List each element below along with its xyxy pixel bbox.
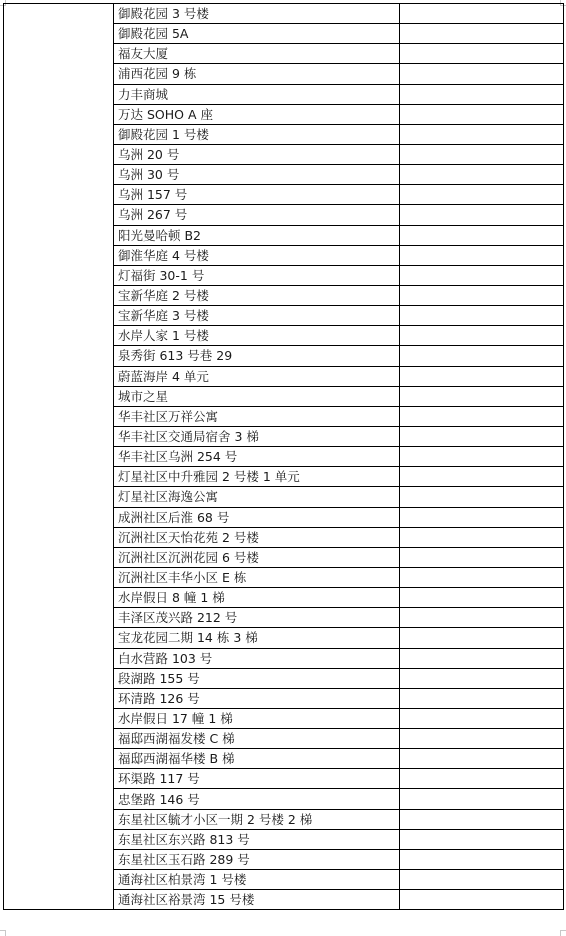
address-cell[interactable]: 乌洲 20 号 [114, 144, 400, 164]
note-cell[interactable] [400, 265, 564, 285]
address-cell[interactable]: 沉洲社区天怡花苑 2 号楼 [114, 527, 400, 547]
note-cell[interactable] [400, 527, 564, 547]
page-corner-mark [560, 930, 566, 936]
address-cell[interactable]: 宝龙花园二期 14 栋 3 梯 [114, 628, 400, 648]
note-cell[interactable] [400, 890, 564, 910]
address-cell[interactable]: 浦西花园 9 栋 [114, 64, 400, 84]
note-cell[interactable] [400, 326, 564, 346]
address-cell[interactable]: 华丰社区万祥公寓 [114, 406, 400, 426]
note-cell[interactable] [400, 386, 564, 406]
address-cell[interactable]: 乌洲 30 号 [114, 165, 400, 185]
address-cell[interactable]: 华丰社区交通局宿舍 3 梯 [114, 426, 400, 446]
note-cell[interactable] [400, 185, 564, 205]
note-cell[interactable] [400, 4, 564, 24]
address-cell[interactable]: 城市之星 [114, 386, 400, 406]
address-cell[interactable]: 水岸人家 1 号楼 [114, 326, 400, 346]
note-cell[interactable] [400, 648, 564, 668]
note-cell[interactable] [400, 346, 564, 366]
address-cell[interactable]: 灯星社区海逸公寓 [114, 487, 400, 507]
address-table: 御殿花园 3 号楼御殿花园 5A福友大厦浦西花园 9 栋力丰商城万达 SOHO … [3, 3, 564, 910]
address-cell[interactable]: 东星社区东兴路 813 号 [114, 829, 400, 849]
address-cell[interactable]: 福邸西湖福发楼 C 梯 [114, 729, 400, 749]
address-cell[interactable]: 丰泽区茂兴路 212 号 [114, 608, 400, 628]
note-cell[interactable] [400, 769, 564, 789]
note-cell[interactable] [400, 104, 564, 124]
note-cell[interactable] [400, 547, 564, 567]
page-corner-mark [0, 930, 6, 936]
address-cell[interactable]: 宝新华庭 2 号楼 [114, 285, 400, 305]
address-cell[interactable]: 水岸假日 8 幢 1 梯 [114, 588, 400, 608]
address-cell[interactable]: 成洲社区后淮 68 号 [114, 507, 400, 527]
address-cell[interactable]: 宝新华庭 3 号楼 [114, 306, 400, 326]
address-cell[interactable]: 乌洲 267 号 [114, 205, 400, 225]
note-cell[interactable] [400, 44, 564, 64]
note-cell[interactable] [400, 588, 564, 608]
address-cell[interactable]: 灯福街 30-1 号 [114, 265, 400, 285]
address-cell[interactable]: 东星社区毓才小区一期 2 号楼 2 梯 [114, 809, 400, 829]
address-cell[interactable]: 环清路 126 号 [114, 688, 400, 708]
note-cell[interactable] [400, 426, 564, 446]
note-cell[interactable] [400, 870, 564, 890]
address-cell[interactable]: 通海社区柏景湾 1 号楼 [114, 870, 400, 890]
note-cell[interactable] [400, 829, 564, 849]
note-cell[interactable] [400, 225, 564, 245]
note-cell[interactable] [400, 688, 564, 708]
note-cell[interactable] [400, 366, 564, 386]
note-cell[interactable] [400, 467, 564, 487]
note-cell[interactable] [400, 124, 564, 144]
address-cell[interactable]: 白水营路 103 号 [114, 648, 400, 668]
address-cell[interactable]: 沉洲社区丰华小区 E 栋 [114, 567, 400, 587]
note-cell[interactable] [400, 567, 564, 587]
address-cell[interactable]: 沉洲社区沉洲花园 6 号楼 [114, 547, 400, 567]
address-cell[interactable]: 力丰商城 [114, 84, 400, 104]
address-cell[interactable]: 通海社区裕景湾 15 号楼 [114, 890, 400, 910]
note-cell[interactable] [400, 245, 564, 265]
note-cell[interactable] [400, 306, 564, 326]
note-cell[interactable] [400, 729, 564, 749]
address-cell[interactable]: 福邸西湖福华楼 B 梯 [114, 749, 400, 769]
note-cell[interactable] [400, 205, 564, 225]
address-cell[interactable]: 阳光曼哈顿 B2 [114, 225, 400, 245]
note-cell[interactable] [400, 24, 564, 44]
address-cell[interactable]: 东星社区玉石路 289 号 [114, 849, 400, 869]
address-cell[interactable]: 御殿花园 3 号楼 [114, 4, 400, 24]
address-cell[interactable]: 万达 SOHO A 座 [114, 104, 400, 124]
address-cell[interactable]: 灯星社区中升雅园 2 号楼 1 单元 [114, 467, 400, 487]
address-cell[interactable]: 乌洲 157 号 [114, 185, 400, 205]
note-cell[interactable] [400, 608, 564, 628]
note-cell[interactable] [400, 447, 564, 467]
note-cell[interactable] [400, 809, 564, 829]
note-cell[interactable] [400, 487, 564, 507]
note-cell[interactable] [400, 789, 564, 809]
address-cell[interactable]: 华丰社区乌洲 254 号 [114, 447, 400, 467]
note-cell[interactable] [400, 144, 564, 164]
note-cell[interactable] [400, 64, 564, 84]
address-cell[interactable]: 泉秀街 613 号巷 29 [114, 346, 400, 366]
address-cell[interactable]: 忠堡路 146 号 [114, 789, 400, 809]
note-cell[interactable] [400, 708, 564, 728]
note-cell[interactable] [400, 165, 564, 185]
note-cell[interactable] [400, 285, 564, 305]
note-cell[interactable] [400, 849, 564, 869]
address-cell[interactable]: 环渠路 117 号 [114, 769, 400, 789]
note-cell[interactable] [400, 406, 564, 426]
table-row: 御殿花园 3 号楼 [4, 4, 564, 24]
note-cell[interactable] [400, 507, 564, 527]
address-cell[interactable]: 御殿花园 5A [114, 24, 400, 44]
address-cell[interactable]: 御殿花园 1 号楼 [114, 124, 400, 144]
note-cell[interactable] [400, 749, 564, 769]
address-cell[interactable]: 段湖路 155 号 [114, 668, 400, 688]
address-cell[interactable]: 御淮华庭 4 号楼 [114, 245, 400, 265]
address-table-body: 御殿花园 3 号楼御殿花园 5A福友大厦浦西花园 9 栋力丰商城万达 SOHO … [4, 4, 564, 910]
note-cell[interactable] [400, 84, 564, 104]
address-cell[interactable]: 水岸假日 17 幢 1 梯 [114, 708, 400, 728]
address-cell[interactable]: 福友大厦 [114, 44, 400, 64]
merged-left-cell[interactable] [4, 4, 114, 910]
address-cell[interactable]: 蔚蓝海岸 4 单元 [114, 366, 400, 386]
note-cell[interactable] [400, 628, 564, 648]
note-cell[interactable] [400, 668, 564, 688]
